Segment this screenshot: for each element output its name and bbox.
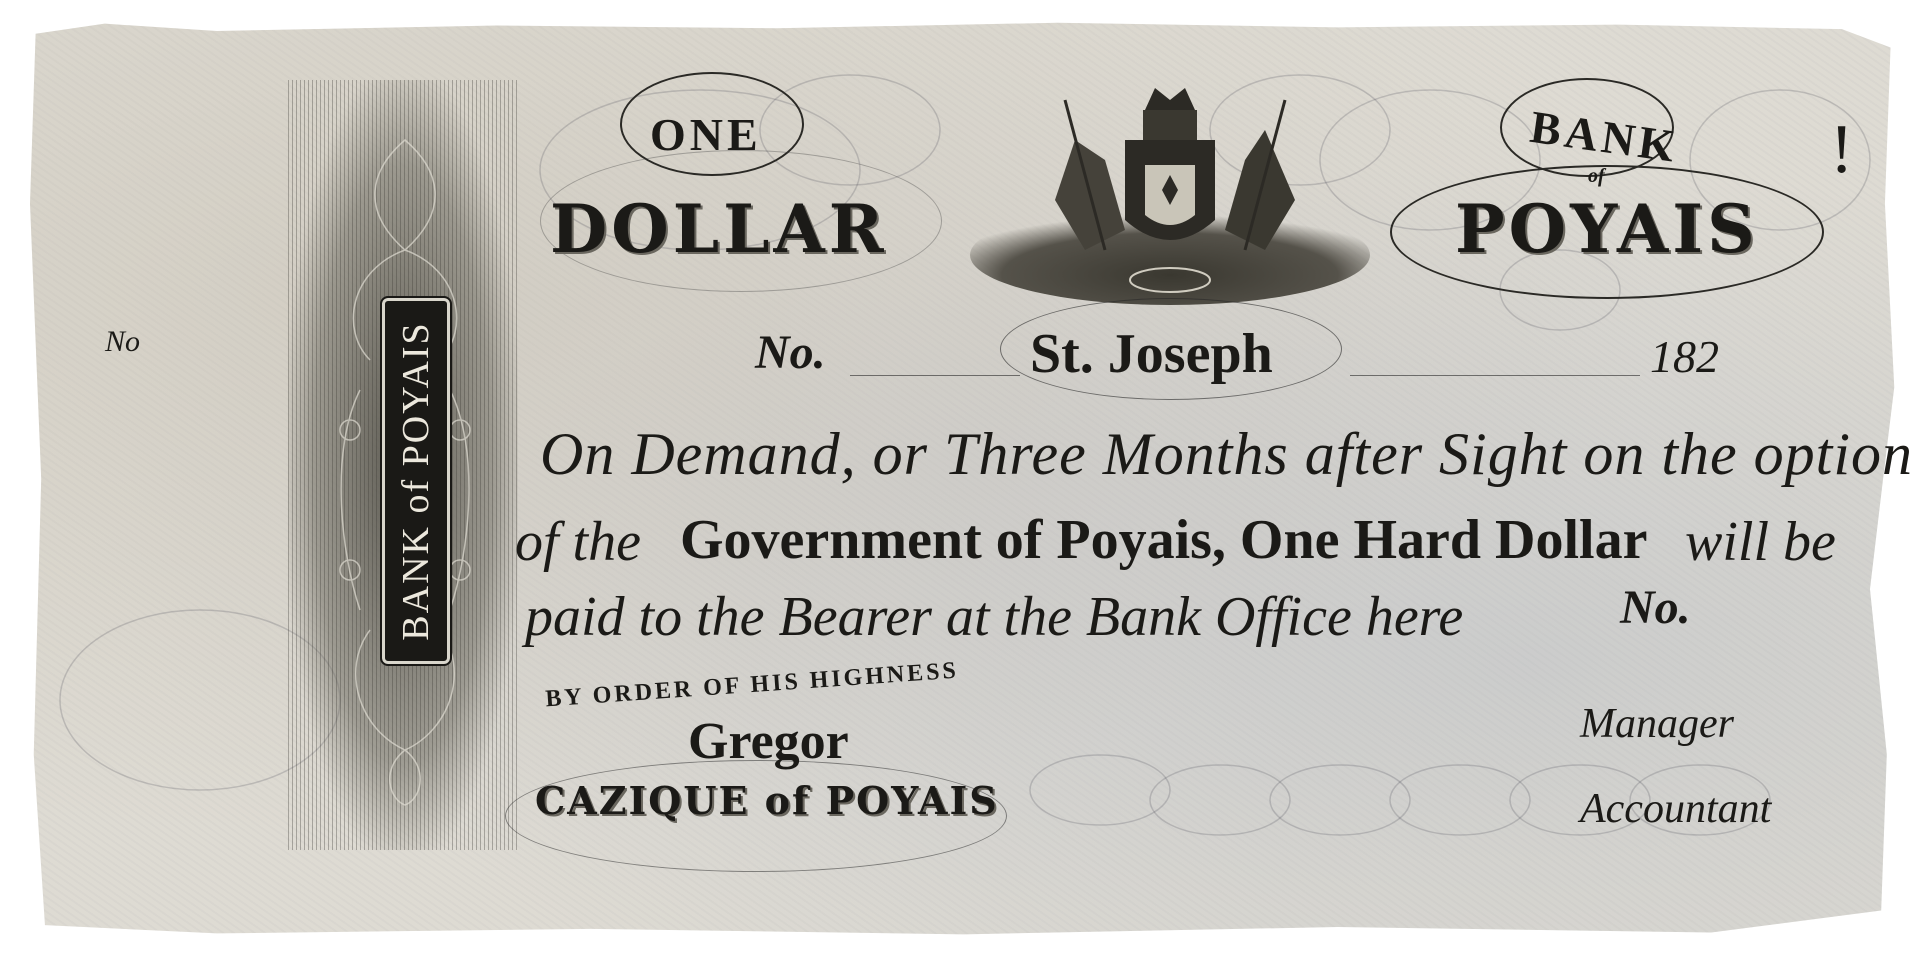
ruler-title: CAZIQUE of POYAIS	[535, 778, 999, 823]
promise-line-2-post: will be	[1685, 510, 1836, 574]
promise-line-3: paid to the Bearer at the Bank Office he…	[525, 585, 1463, 649]
bank-name-of: of	[1588, 165, 1605, 188]
ruler-name: Gregor	[688, 712, 849, 771]
promise-line-2-main: Government of Poyais, One Hard Dollar	[680, 508, 1647, 572]
signature-manager-label: Manager	[1580, 700, 1734, 748]
serial-line	[850, 375, 1020, 376]
promise-line-3-number-label: No.	[1620, 580, 1691, 635]
coat-of-arms-icon	[965, 70, 1375, 310]
corner-mark: !	[1830, 110, 1853, 190]
signature-accountant-label: Accountant	[1580, 785, 1771, 833]
date-line	[1350, 375, 1640, 376]
serial-center-label: No.	[755, 325, 826, 380]
date-prefix: 182	[1650, 330, 1719, 383]
serial-number-label: No	[105, 325, 140, 359]
promise-line-2-pre: of the	[515, 510, 641, 574]
bank-name-main: POYAIS	[1455, 190, 1759, 268]
vignette-bank-label: BANK of POYAIS	[382, 298, 450, 664]
place-name: St. Joseph	[1030, 322, 1273, 386]
promise-line-1: On Demand, or Three Months after Sight o…	[540, 420, 1913, 489]
denomination-top: ONE	[650, 108, 762, 161]
denomination-main: DOLLAR	[550, 190, 888, 268]
